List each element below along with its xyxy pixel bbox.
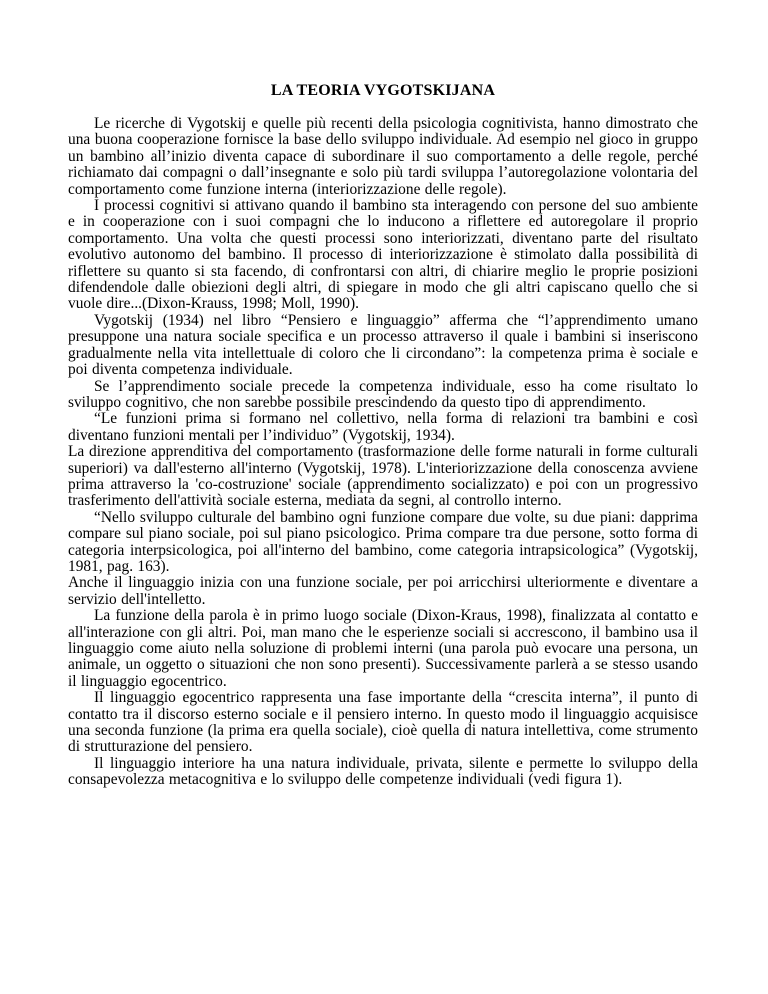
paragraph-8: Anche il linguaggio inizia con una funzi…: [68, 575, 698, 608]
paragraph-2: I processi cognitivi si attivano quando …: [68, 198, 698, 313]
document-page: LA TEORIA VYGOTSKIJANA Le ricerche di Vy…: [0, 0, 768, 994]
paragraph-9: La funzione della parola è in primo luog…: [68, 608, 698, 690]
paragraph-10: Il linguaggio egocentrico rappresenta un…: [68, 690, 698, 756]
paragraph-1: Le ricerche di Vygotskij e quelle più re…: [68, 116, 698, 198]
document-body: Le ricerche di Vygotskij e quelle più re…: [68, 116, 698, 789]
paragraph-6: La direzione apprenditiva del comportame…: [68, 444, 698, 510]
document-title: LA TEORIA VYGOTSKIJANA: [68, 82, 698, 100]
paragraph-5: “Le funzioni prima si formano nel collet…: [68, 411, 698, 444]
paragraph-11: Il linguaggio interiore ha una natura in…: [68, 756, 698, 789]
paragraph-7: “Nello sviluppo culturale del bambino og…: [68, 510, 698, 576]
paragraph-4: Se l’apprendimento sociale precede la co…: [68, 379, 698, 412]
paragraph-3: Vygotskij (1934) nel libro “Pensiero e l…: [68, 313, 698, 379]
